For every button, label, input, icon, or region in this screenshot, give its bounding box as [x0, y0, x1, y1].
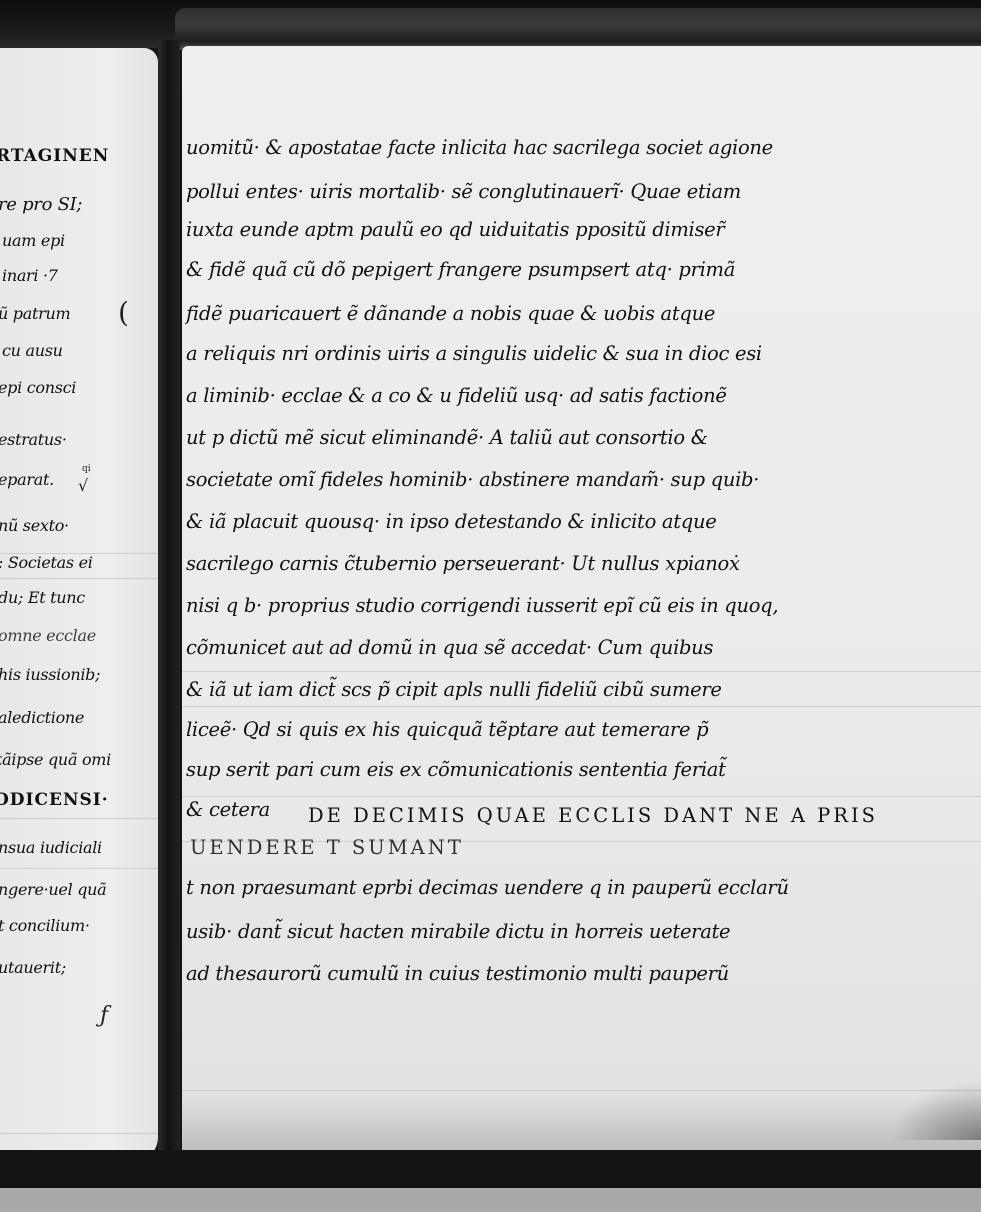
right-page-line: & iã placuit quousq· in ipso detestando …: [186, 510, 716, 533]
rubric-heading-line: UENDERE T SUMANT: [190, 836, 464, 859]
book-binding-edge: [175, 8, 981, 50]
right-page-line: fidẽ puaricauert ẽ dãnande a nobis quae …: [186, 302, 715, 325]
left-page-line: uam epi: [2, 231, 65, 250]
left-page-line: t concilium·: [0, 916, 90, 935]
left-page-line: nsua iudiciali: [0, 838, 102, 857]
right-page-line: & iã ut iam dict̃ scs p̃ cipit apls null…: [186, 678, 722, 701]
left-page-line: aledictione: [0, 708, 84, 727]
check-mark-icon: √: [78, 476, 88, 495]
right-page-line: a reliquis nri ordinis uiris a singulis …: [186, 342, 762, 365]
left-page-line: inari ·7: [2, 266, 58, 285]
left-page-line: du; Et tunc: [0, 588, 85, 607]
left-page-line: ngere·uel quã: [0, 880, 106, 899]
right-page-line: iuxta eunde aptm paulũ eo qd uiduitatis …: [186, 218, 724, 241]
left-page-line: cu ausu: [2, 341, 63, 360]
page-corner-stain: [891, 1080, 981, 1140]
left-page-line: eparat.: [0, 470, 54, 489]
left-page-line: his iussionib;: [0, 665, 100, 684]
left-page: RTAGINEN re pro SI; uam epi inari ·7 ũ p…: [0, 48, 158, 1163]
margin-bracket-mark: (: [118, 296, 129, 329]
right-page-line: ut p dictũ mẽ sicut eliminandẽ· A taliũ …: [186, 426, 708, 449]
right-page-line: cõmunicet aut ad domũ in qua sẽ accedat·…: [186, 636, 713, 659]
left-page-line: estratus·: [0, 430, 67, 449]
margin-bottom-mark: ƒ: [100, 1003, 108, 1028]
ruling-line: [182, 796, 981, 797]
left-page-rubric: RTAGINEN: [0, 146, 109, 166]
ruling-line: [182, 1090, 981, 1091]
right-page-line: sacrilego carnis c̃tubernio perseuerant·…: [186, 552, 740, 575]
left-page-line: : Societas ei: [0, 553, 93, 572]
ruling-line: [182, 706, 981, 707]
ruling-line: [0, 1133, 158, 1134]
ruling-line: [0, 578, 158, 579]
left-page-line: utauerit;: [0, 958, 66, 977]
left-page-line: epi consci: [0, 378, 76, 397]
right-page-line: liceẽ· Qd si quis ex his quicquã tẽptare…: [186, 718, 708, 741]
ruling-line: [0, 868, 158, 869]
left-page-line: tãipse quã omi: [0, 750, 111, 769]
right-page-line: usib· dant̃ sicut hacten mirabile dictu …: [186, 920, 730, 943]
book-gutter: [158, 40, 180, 1170]
right-page-line: & fidẽ quã cũ dõ pepigert frangere psump…: [186, 258, 735, 281]
margin-correction-mark: qi: [82, 464, 91, 474]
right-page-line: nisi q b· proprius studio corrigendi ius…: [186, 594, 778, 617]
right-page-line: ad thesaurorũ cumulũ in cuius testimonio…: [186, 962, 729, 985]
left-page-line: re pro SI;: [0, 194, 82, 215]
right-page-line: a liminib· ecclae & a co & u fideliũ usq…: [186, 384, 727, 407]
bottom-shadow-band: [0, 1150, 981, 1188]
right-page-line: & cetera: [186, 798, 270, 821]
left-page-line: ũ patrum: [0, 304, 70, 323]
left-page-line: omne ecclae: [0, 626, 96, 645]
left-page-line: nũ sexto·: [0, 516, 69, 535]
right-page-line: sup serit pari cum eis ex cõmunicationis…: [186, 758, 726, 781]
ruling-line: [0, 818, 158, 819]
right-page: uomitũ· & apostatae facte inlicita hac s…: [182, 46, 981, 1150]
bottom-scan-strip: [0, 1188, 981, 1212]
right-page-line: t non praesumant eprbi decimas uendere q…: [186, 876, 789, 899]
right-page-line: pollui entes· uiris mortalib· sẽ conglut…: [186, 180, 741, 203]
right-page-line: societate omĩ fideles hominib· abstinere…: [186, 468, 759, 491]
rubric-heading-line: DE DECIMIS QUAE ECCLIS DANT NE A PRIS: [308, 804, 878, 827]
right-page-line: uomitũ· & apostatae facte inlicita hac s…: [186, 136, 773, 159]
ruling-line: [182, 671, 981, 672]
left-page-rubric: ODICENSI·: [0, 790, 109, 810]
